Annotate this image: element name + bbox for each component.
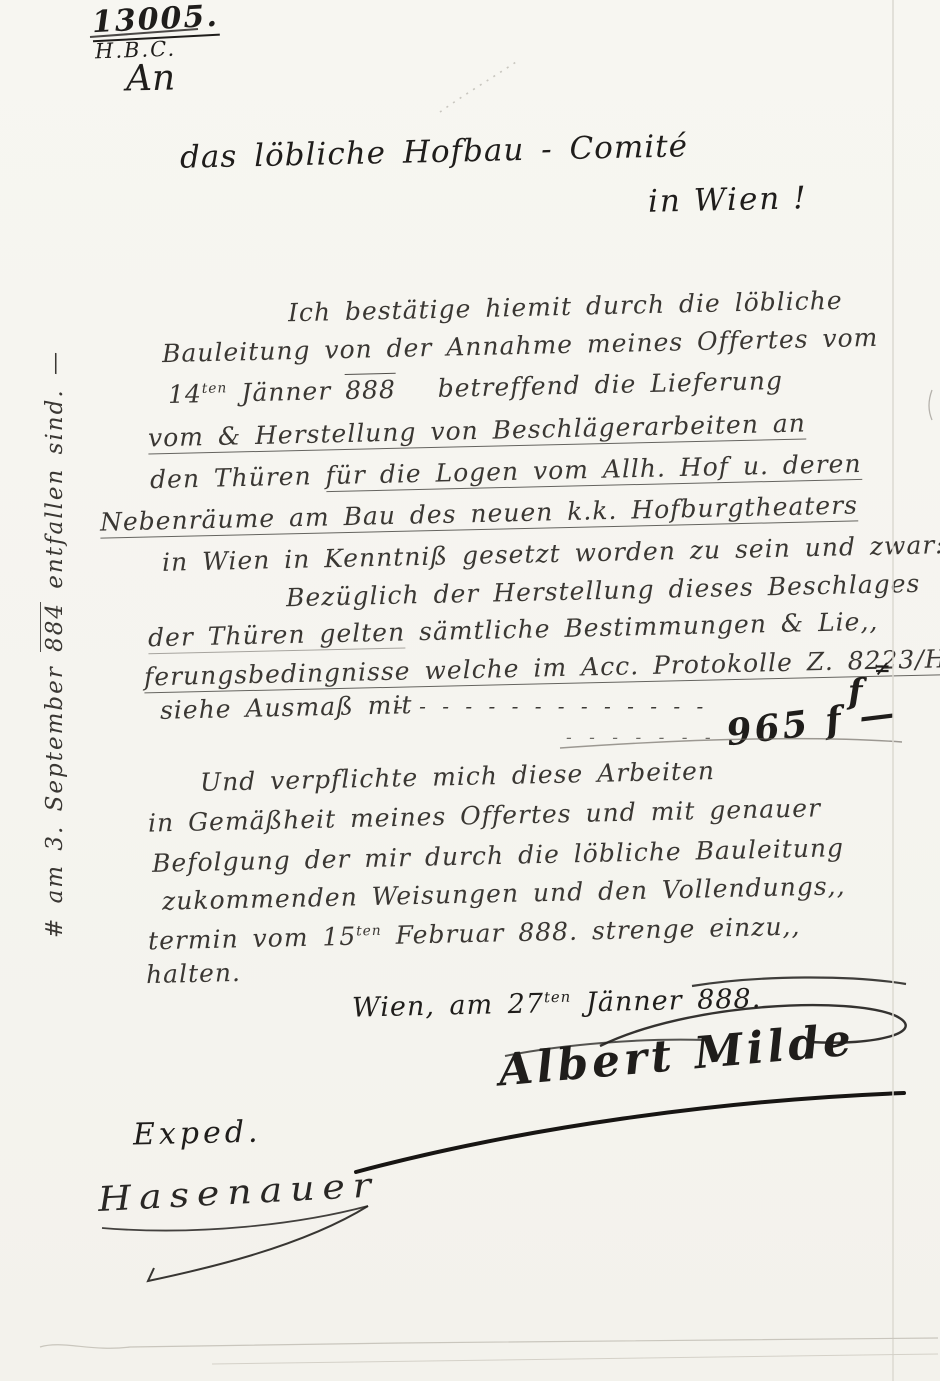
scan-smudge-mark (440, 62, 516, 112)
body-p1-line4: vom & Herstellung von Beschlägerarbeiten… (148, 409, 806, 455)
body-p2-line2a: der Thüren gelten (148, 617, 406, 654)
body-p3-line2: in Gemäßheit meines Offertes und mit gen… (148, 793, 822, 837)
expedit-label: Exped. (133, 1115, 262, 1153)
signature-albert-milde: Albert Milde (496, 1015, 856, 1097)
footnote-reference-mark: ≠ (874, 656, 891, 680)
edge-crease-mark (929, 390, 932, 420)
body-p1-line5a: den Thüren (150, 461, 312, 494)
deadline-ordinal: ten (356, 923, 382, 940)
margin-note-rest: entfallen sind. — (42, 350, 68, 589)
body-p2-line1: Bezüglich der Herstellung dieses Beschla… (286, 569, 921, 612)
body-p1-line1: Ich bestätige hiemit durch die löbliche (288, 286, 843, 328)
body-p3-line6: halten. (146, 958, 242, 989)
amount-leader-dashes: - - - - - - - - - - - - - - (396, 694, 708, 718)
body-p1-line6: Nebenräume am Bau des neuen k.k. Hofburg… (100, 490, 859, 538)
address-city: in Wien ! (648, 180, 808, 220)
margin-note-pre: # am 3. September (42, 665, 68, 938)
dateline-rest: Jänner 888. (586, 983, 762, 1018)
bottom-crease-line-1 (40, 1338, 938, 1348)
salutation-an: An (126, 57, 176, 99)
address-recipient: das löbliche Hofbau - Comité (180, 128, 689, 176)
body-p1-line3-rest: betreffend die Lieferung (437, 366, 783, 403)
bottom-crease-line-2 (212, 1354, 938, 1364)
margin-note-vertical: # am 3. September 884 entfallen sind. — (42, 353, 68, 938)
margin-note-year: 884 (40, 602, 68, 652)
body-p1-line7: in Wien in Kenntniß gesetzt worden zu se… (162, 530, 940, 577)
deadline-pre: termin vom 15 (148, 922, 357, 956)
body-p3-line5: termin vom 15ten Februar 888. strenge ei… (148, 912, 801, 956)
offer-date-day: 14 (168, 379, 202, 409)
body-p1-line2: Bauleitung von der Annahme meines Offert… (162, 323, 879, 368)
body-p2-line2b: sämtliche Bestimmungen & Lie,, (419, 607, 879, 646)
exped-signature-tail (148, 1206, 368, 1281)
offer-date-ordinal: ten (202, 380, 228, 397)
dateline: Wien, am 27ten Jänner 888. (352, 983, 762, 1023)
amount-leader-dashes-2: - - - - - - - (566, 728, 717, 748)
deadline-rest: Februar 888. strenge einzu,, (395, 912, 800, 950)
amount-value: 965 f — (724, 692, 901, 755)
signature-underline-sweep (356, 1093, 904, 1172)
body-p3-line3: Befolgung der mir durch die löbliche Bau… (152, 833, 845, 878)
body-p1-line5b: für die Logen vom Allh. Hof u. deren (325, 449, 862, 492)
body-p2-line2: der Thüren gelten sämtliche Bestimmungen… (148, 607, 879, 653)
body-p1-line5: den Thüren für die Logen vom Allh. Hof u… (150, 449, 862, 494)
body-p2-line4: siehe Ausmaß mit (160, 690, 413, 725)
scanned-letter-page: 13005. H.B.C. An das löbliche Hofbau - C… (0, 0, 940, 1381)
offer-date-month: Jänner (241, 376, 332, 407)
body-p3-line1: Und verpflichte mich diese Arbeiten (200, 756, 716, 797)
body-p3-line4: zukommenden Weisungen und den Vollendung… (162, 871, 846, 916)
dateline-ordinal: ten (544, 988, 572, 1007)
body-p1-line3: 14ten Jänner 888 betreffend die Lieferun… (168, 366, 783, 409)
docket-number: 13005. (91, 0, 220, 42)
dateline-pre: Wien, am 27 (352, 988, 545, 1023)
offer-date-year: 888 (345, 373, 396, 405)
signature-hasenauer: Hasenauer (97, 1165, 380, 1220)
